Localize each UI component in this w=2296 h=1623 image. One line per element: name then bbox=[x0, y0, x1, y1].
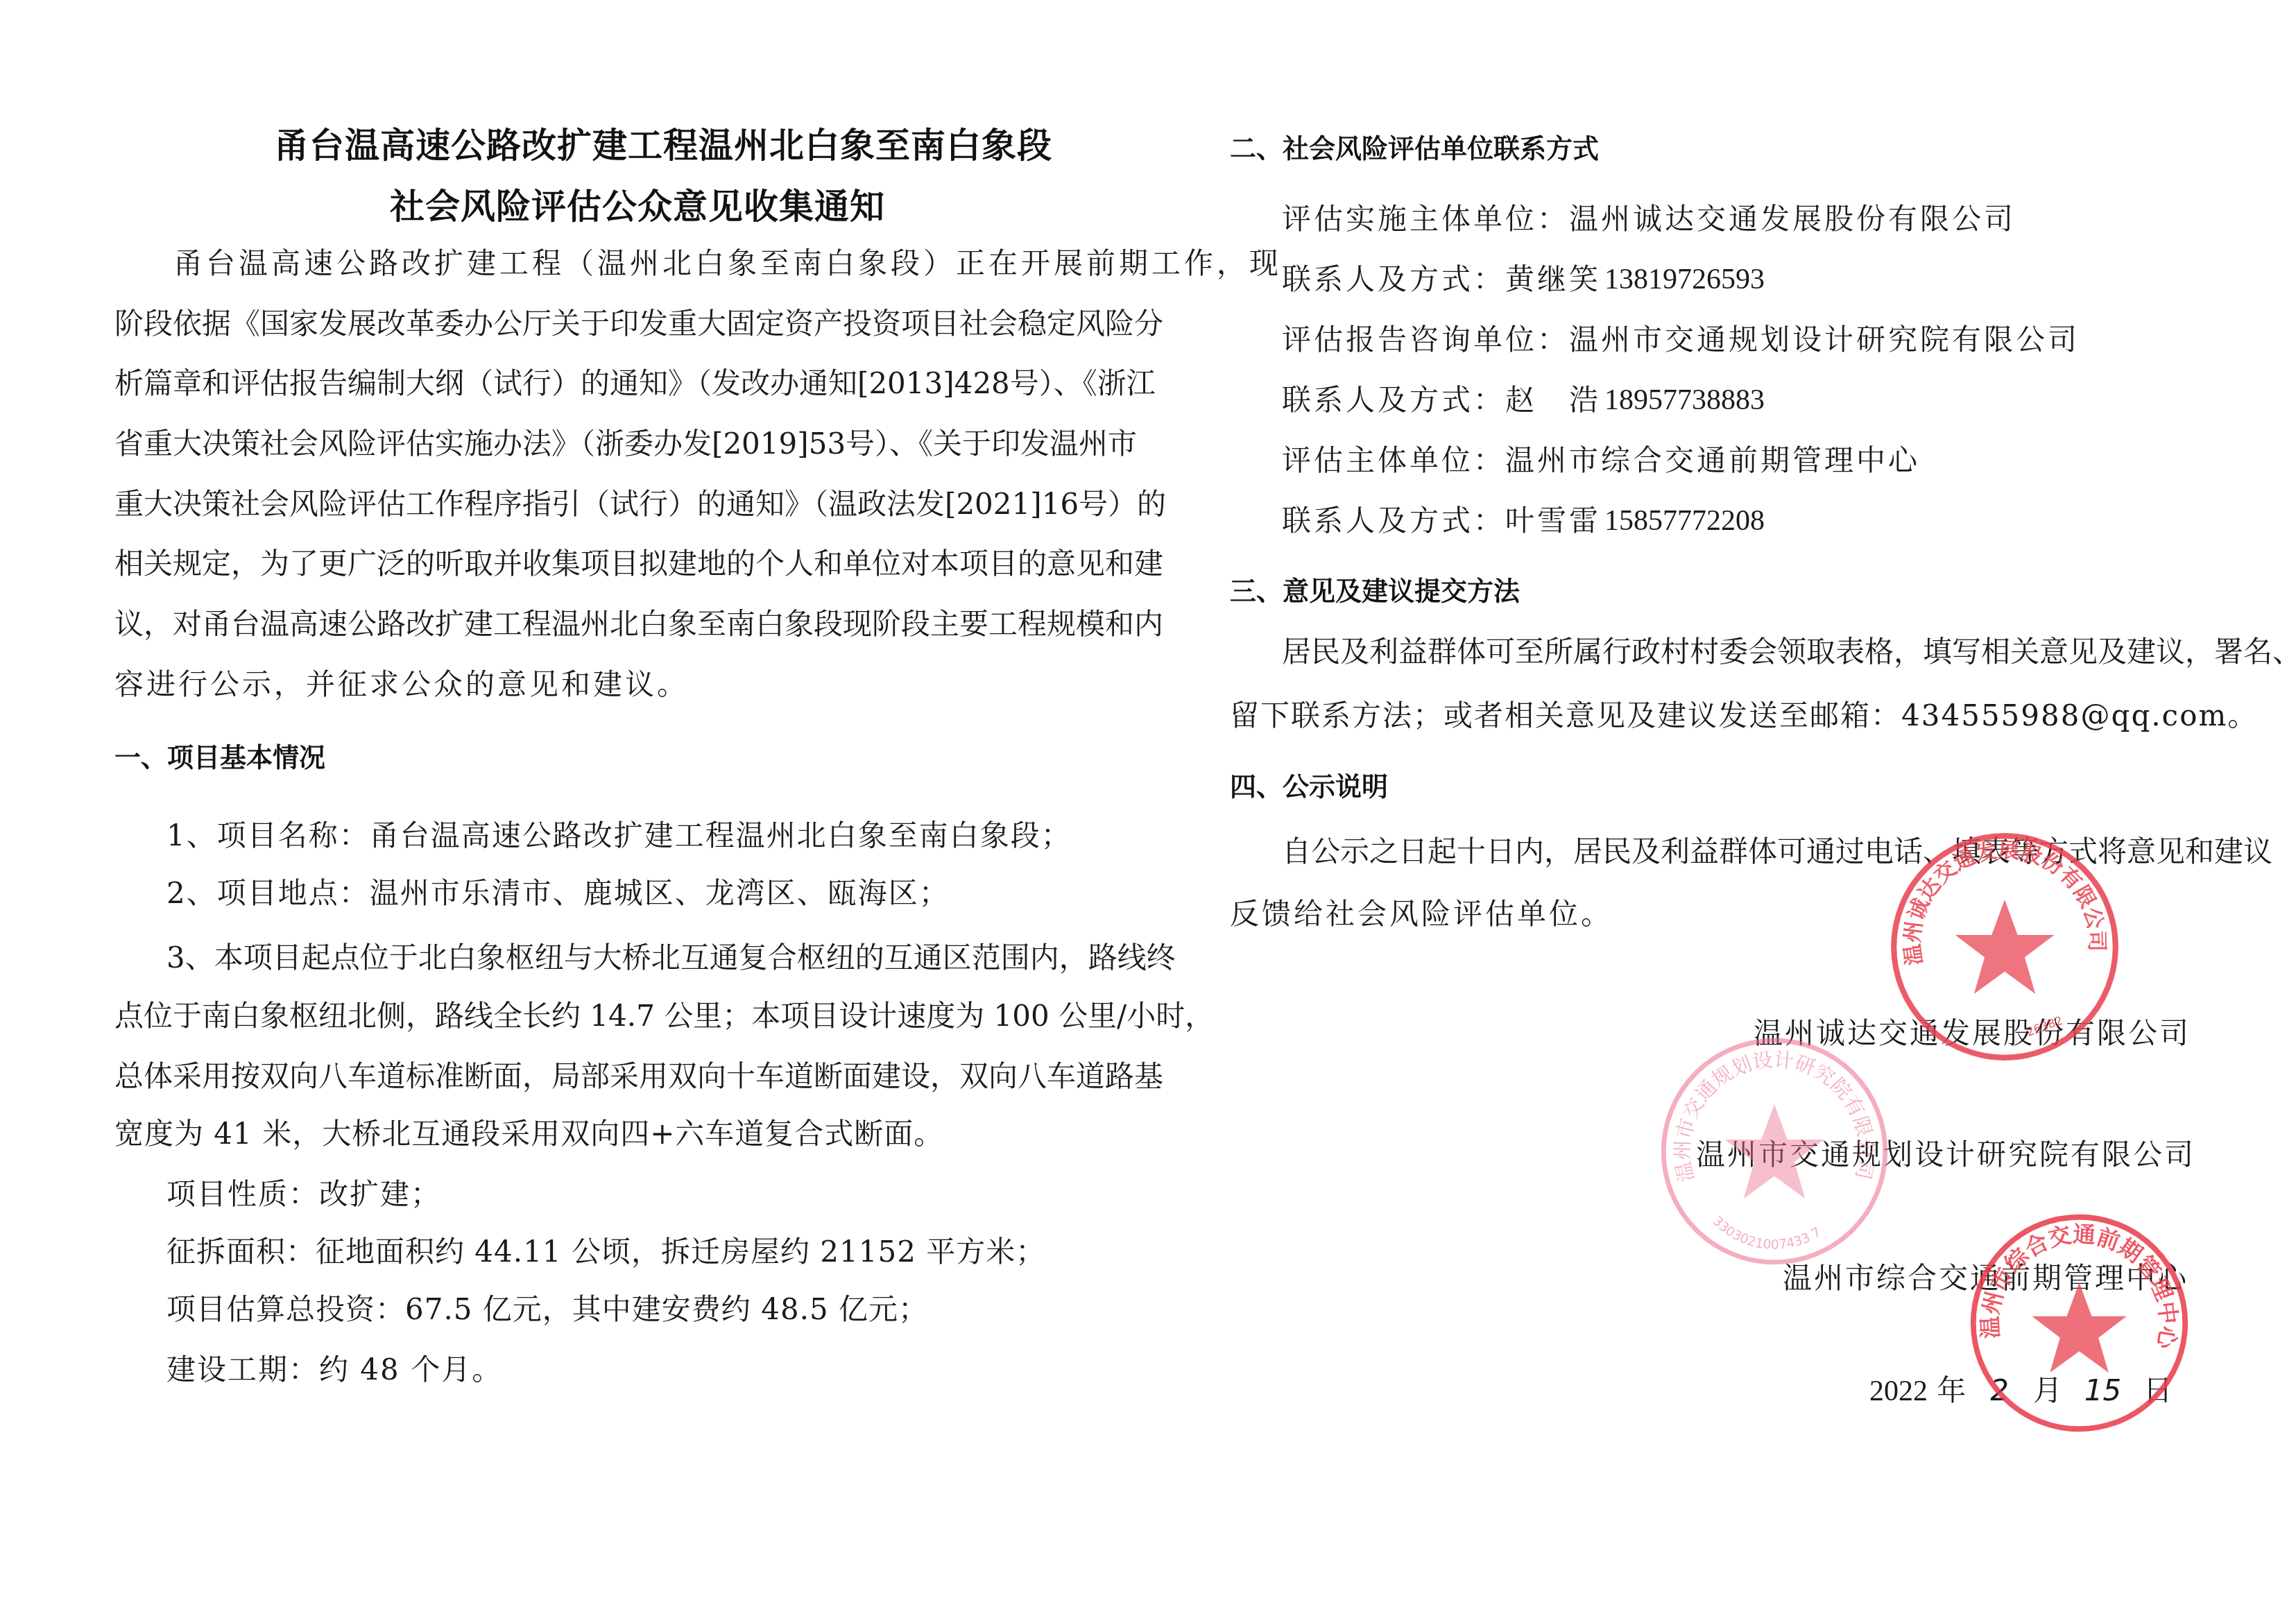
intro-line: 省重大决策社会风险评估实施办法》（浙委办发[2019]53号）、《关于印发温州市 bbox=[114, 427, 1096, 461]
project-scope-line: 3、本项目起点位于北白象枢纽与大桥北互通复合枢纽的互通区范围内，路线终 bbox=[166, 941, 1096, 975]
contact-label: 评估主体单位： bbox=[1282, 443, 1505, 477]
project-scope-line: 总体采用按双向八车道标准断面，局部采用双向十车道断面建设，双向八车道路基 bbox=[114, 1059, 1096, 1094]
land-acquisition: 征拆面积：征地面积约 44.11 公顷，拆迁房屋约 21152 平方米； bbox=[166, 1235, 1045, 1269]
contact-person: 叶雪雷 bbox=[1505, 504, 1601, 538]
section3-heading: 三、意见及建议提交方法 bbox=[1230, 574, 1520, 608]
contact-phone: 15857772208 bbox=[1604, 504, 1765, 538]
contact-entry: 联系人及方式：赵 浩 18957738883 bbox=[1282, 383, 1601, 418]
notice-line: 反馈给社会风险评估单位。 bbox=[1230, 897, 1613, 931]
contact-label: 联系人及方式： bbox=[1282, 262, 1505, 296]
section4-heading: 四、公示说明 bbox=[1230, 770, 1388, 803]
document-title-line2: 社会风险评估公众意见收集通知 bbox=[390, 186, 885, 227]
issue-date: 2022 年 2 月 15 日 bbox=[1869, 1373, 2173, 1409]
svg-text:3303021007433 7: 3303021007433 7 bbox=[1710, 1214, 1824, 1252]
date-year-unit: 年 bbox=[1937, 1373, 1966, 1407]
intro-line: 重大决策社会风险评估工作程序指引（试行）的通知》（温政法发[2021]16号）的 bbox=[114, 487, 1096, 522]
contact-person: 黄继笑 bbox=[1505, 262, 1601, 296]
contact-label: 联系人及方式： bbox=[1282, 383, 1505, 417]
contact-entry: 联系人及方式：黄继笑 13819726593 bbox=[1282, 262, 1601, 297]
submission-line: 居民及利益群体可至所属行政村村委会领取表格，填写相关意见及建议，署名、 bbox=[1282, 635, 2218, 669]
contact-person: 赵 浩 bbox=[1505, 383, 1601, 417]
contact-label: 评估实施主体单位： bbox=[1282, 202, 1569, 236]
date-day: 15 bbox=[2071, 1373, 2134, 1408]
intro-line: 议，对甬台温高速公路改扩建工程温州北白象至南白象段现阶段主要工程规模和内 bbox=[114, 607, 1096, 642]
signature-company: 温州诚达交通发展股份有限公司 bbox=[1754, 1016, 2191, 1051]
intro-line: 容进行公示，并征求公众的意见和建议。 bbox=[114, 667, 689, 702]
date-month: 2 bbox=[1976, 1373, 2024, 1408]
project-nature: 项目性质：改扩建； bbox=[166, 1177, 441, 1212]
document-title-line1: 甬台温高速公路改扩建工程温州北白象至南白象段 bbox=[274, 125, 1052, 166]
contact-label: 联系人及方式： bbox=[1282, 504, 1505, 538]
contact-entry: 评估实施主体单位：温州诚达交通发展股份有限公司 bbox=[1282, 202, 2016, 237]
project-name-item: 1、项目名称：甬台温高速公路改扩建工程温州北白象至南白象段； bbox=[166, 818, 1072, 853]
submission-line: 留下联系方法；或者相关意见及建议发送至邮箱：434555988@qq.com。 bbox=[1230, 698, 2258, 733]
contact-value: 温州市交通规划设计研究院有限公司 bbox=[1569, 323, 2080, 357]
construction-period: 建设工期：约 48 个月。 bbox=[166, 1352, 502, 1387]
date-year: 2022 bbox=[1869, 1375, 1928, 1407]
intro-line: 阶段依据《国家发展改革委办公厅关于印发重大固定资产投资项目社会稳定风险分 bbox=[114, 307, 1096, 341]
signature-company: 温州市综合交通前期管理中心 bbox=[1783, 1261, 2188, 1296]
project-location-item: 2、项目地点：温州市乐清市、鹿城区、龙湾区、瓯海区； bbox=[166, 876, 950, 911]
section2-heading: 二、社会风险评估单位联系方式 bbox=[1230, 132, 1599, 165]
contact-entry: 评估主体单位：温州市综合交通前期管理中心 bbox=[1282, 443, 1920, 478]
project-scope-line: 点位于南白象枢纽北侧，路线全长约 14.7 公里；本项目设计速度为 100 公里… bbox=[114, 999, 1096, 1033]
intro-line: 析篇章和评估报告编制大纲（试行）的通知》（发改办通知[2013]428号）、《浙… bbox=[114, 366, 1096, 401]
contact-label: 评估报告咨询单位： bbox=[1282, 323, 1569, 357]
contact-value: 温州诚达交通发展股份有限公司 bbox=[1569, 202, 2016, 236]
intro-line: 甬台温高速公路改扩建工程（温州北白象至南白象段）正在开展前期工作，现 bbox=[173, 246, 1282, 281]
contact-phone: 13819726593 bbox=[1604, 262, 1765, 297]
contact-entry: 评估报告咨询单位：温州市交通规划设计研究院有限公司 bbox=[1282, 323, 2080, 357]
project-scope-line: 宽度为 41 米，大桥北互通段采用双向四+六车道复合式断面。 bbox=[114, 1117, 943, 1151]
notice-line: 自公示之日起十日内，居民及利益群体可通过电话、填表等方式将意见和建议 bbox=[1282, 834, 2218, 869]
intro-line: 相关规定，为了更广泛的听取并收集项目拟建地的个人和单位对本项目的意见和建 bbox=[114, 547, 1096, 581]
total-investment: 项目估算总投资：67.5 亿元，其中建安费约 48.5 亿元； bbox=[166, 1292, 928, 1327]
date-month-unit: 月 bbox=[2033, 1373, 2062, 1407]
contact-entry: 联系人及方式：叶雪雷 15857772208 bbox=[1282, 504, 1601, 538]
contact-value: 温州市综合交通前期管理中心 bbox=[1505, 443, 1920, 477]
date-day-unit: 日 bbox=[2143, 1373, 2173, 1407]
signature-company: 温州市交通规划设计研究院有限公司 bbox=[1696, 1137, 2195, 1172]
contact-phone: 18957738883 bbox=[1604, 383, 1765, 418]
section1-heading: 一、项目基本情况 bbox=[114, 741, 325, 774]
